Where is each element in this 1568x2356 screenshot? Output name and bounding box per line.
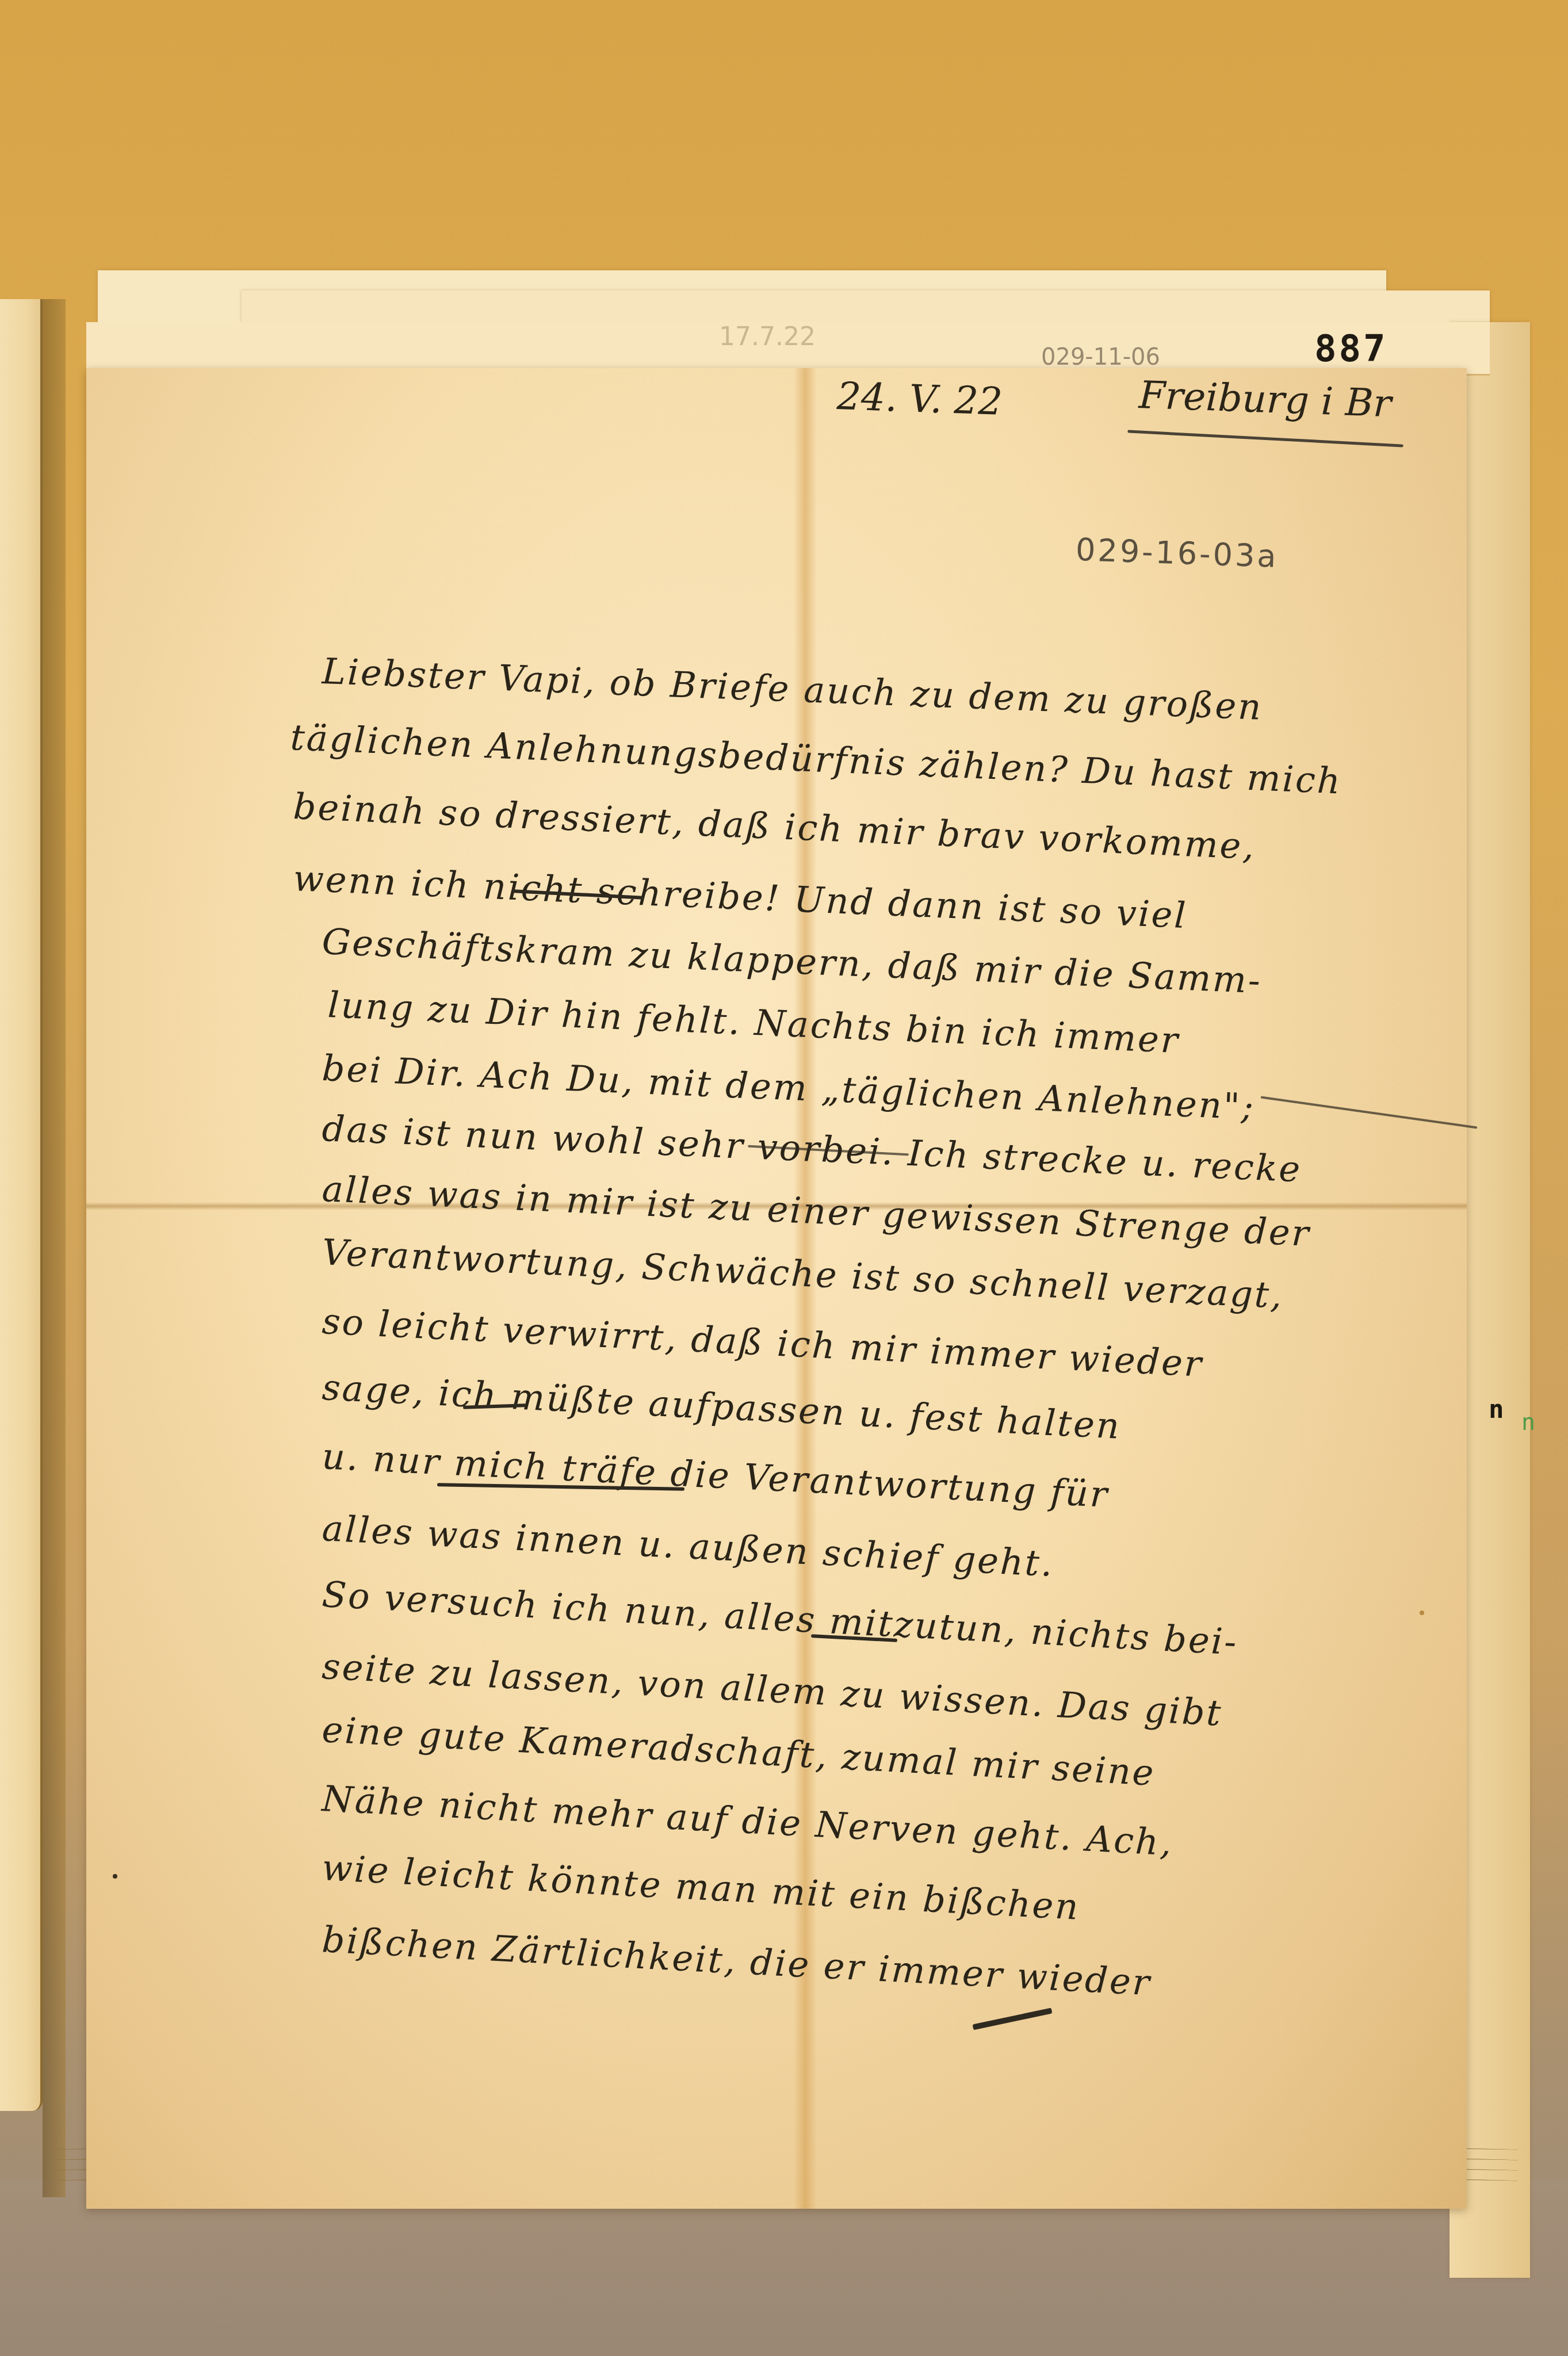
faint-top-marks: 17.7.22 xyxy=(719,322,816,351)
letter-date: 24. V. 22 xyxy=(836,374,1004,424)
left-stack-shadow xyxy=(43,299,66,2197)
archive-code: 029-16-03a xyxy=(1075,531,1279,575)
typed-letter-mark: n xyxy=(1489,1395,1504,1424)
ink-speck xyxy=(113,1874,117,1879)
stain-speck xyxy=(1420,1611,1424,1615)
stamp-number: 887 xyxy=(1314,328,1388,370)
green-letter-mark: n xyxy=(1521,1409,1535,1436)
faint-archive-code: 029-11-06 xyxy=(1041,344,1160,370)
letter-place: Freiburg i Br xyxy=(1138,373,1393,426)
left-page-stack xyxy=(0,299,43,2111)
